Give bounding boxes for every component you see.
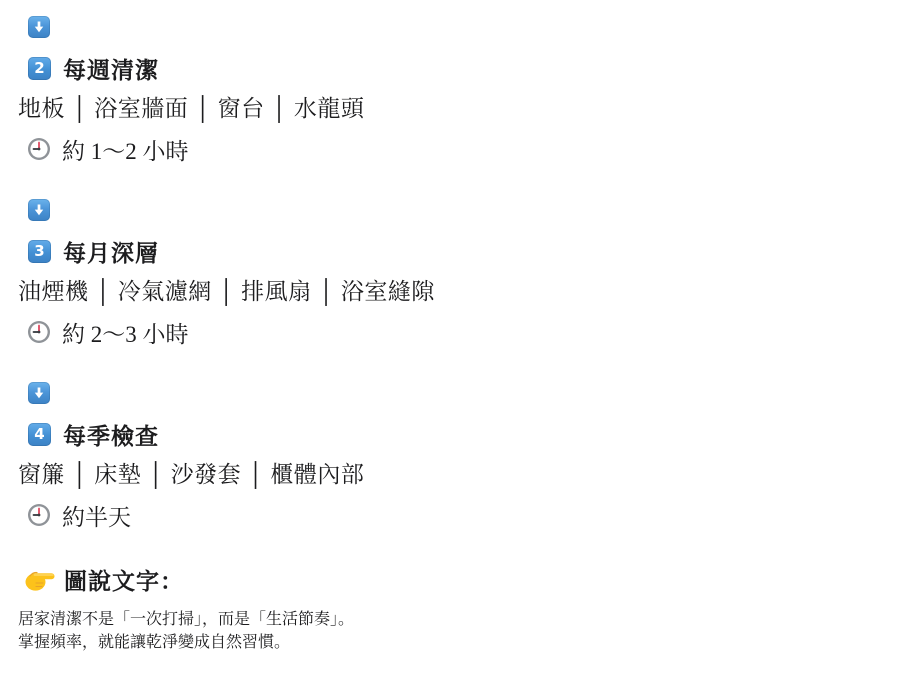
pointing-right-icon xyxy=(24,567,55,592)
step-duration: 約半天 xyxy=(62,499,131,532)
clock-icon xyxy=(27,137,51,161)
caption-line-2: 掌握頻率，就能讓乾淨變成自然習慣。 xyxy=(18,629,893,652)
step-time-row: 約 2～3 小時 xyxy=(27,319,893,345)
keycap-4-icon: 4 xyxy=(28,423,51,446)
keycap-2-icon: 2 xyxy=(28,57,51,80)
step-quarterly: 4 每季檢查 窗簾 │ 床墊 │ 沙發套 │ 櫃體內部 約半天 xyxy=(18,382,893,528)
caption-line-1: 居家清潔不是「一次打掃」，而是「生活節奏」。 xyxy=(18,606,893,629)
step-heading: 3 每月深層 xyxy=(28,237,893,265)
step-heading: 4 每季檢查 xyxy=(28,420,893,448)
caption-heading: 圖說文字： xyxy=(24,565,893,593)
step-heading: 2 每週清潔 xyxy=(28,54,893,82)
step-items: 油煙機 │ 冷氣濾網 │ 排風扇 │ 浴室縫隙 xyxy=(18,277,893,307)
step-weekly: 2 每週清潔 地板 │ 浴室牆面 │ 窗台 │ 水龍頭 約 1～2 小時 xyxy=(18,16,893,162)
document-body: 2 每週清潔 地板 │ 浴室牆面 │ 窗台 │ 水龍頭 約 1～2 小時 xyxy=(0,0,913,652)
clock-icon xyxy=(27,503,51,527)
step-time-row: 約 1～2 小時 xyxy=(27,136,893,162)
keycap-3-icon: 3 xyxy=(28,240,51,263)
step-title: 每季檢查 xyxy=(63,418,159,451)
step-duration: 約 2～3 小時 xyxy=(62,316,189,349)
step-items: 窗簾 │ 床墊 │ 沙發套 │ 櫃體內部 xyxy=(18,460,893,490)
down-arrow-icon xyxy=(28,199,50,221)
step-time-row: 約半天 xyxy=(27,502,893,528)
down-arrow-icon xyxy=(28,382,50,404)
step-items: 地板 │ 浴室牆面 │ 窗台 │ 水龍頭 xyxy=(18,94,893,124)
step-title: 每週清潔 xyxy=(63,52,159,85)
caption-label: 圖說文字： xyxy=(64,563,184,596)
arrow-row xyxy=(28,16,893,38)
step-duration: 約 1～2 小時 xyxy=(62,133,189,166)
step-monthly: 3 每月深層 油煙機 │ 冷氣濾網 │ 排風扇 │ 浴室縫隙 約 2～3 小時 xyxy=(18,199,893,345)
clock-icon xyxy=(27,320,51,344)
arrow-row xyxy=(28,199,893,221)
caption-section: 圖說文字： 居家清潔不是「一次打掃」，而是「生活節奏」。 掌握頻率，就能讓乾淨變… xyxy=(18,565,893,652)
down-arrow-icon xyxy=(28,16,50,38)
step-title: 每月深層 xyxy=(63,235,159,268)
arrow-row xyxy=(28,382,893,404)
